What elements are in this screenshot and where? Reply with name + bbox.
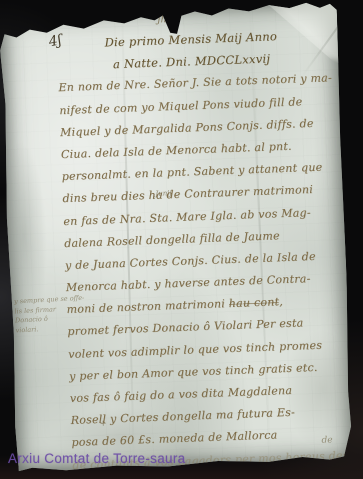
scan-background: 4ʃ Jhs Junij + Die primo Mensis Maij Ann…	[0, 0, 363, 479]
catchword: de	[321, 435, 332, 445]
manuscript-text: Die primo Mensis Maij Annoa Natte. Dni. …	[0, 23, 354, 479]
margin-note: y sempre que se offe-lis les firmarDonac…	[14, 294, 76, 335]
manuscript-page: 4ʃ Jhs Junij + Die primo Mensis Maij Ann…	[0, 0, 353, 473]
archive-stamp: Arxiu Comtat de Torre-saura	[8, 451, 185, 466]
christogram-mark: Jhs	[157, 15, 171, 26]
